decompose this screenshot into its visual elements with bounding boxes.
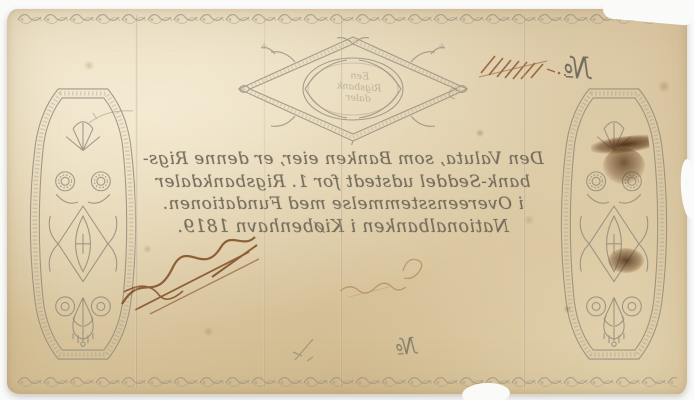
foxing-spot bbox=[475, 129, 485, 137]
signature-left bbox=[122, 237, 259, 314]
foxing-spot bbox=[143, 245, 152, 253]
pencil-arrow-mark bbox=[293, 339, 313, 361]
deckle-notch bbox=[679, 159, 694, 220]
fold-crease bbox=[340, 15, 343, 388]
top-border-scroll-ornament bbox=[17, 12, 677, 27]
right-cartouche-ornament bbox=[558, 85, 670, 363]
photo-backdrop: Een Rigsbank daler Den Valuta, som Banke… bbox=[0, 0, 694, 400]
main-obverse-text: Den Valuta, som Banken eier, er denne Ri… bbox=[127, 148, 559, 238]
fold-crease bbox=[135, 15, 138, 388]
text-line-4: Nationalbanken i Kiøbenhavn 1819. bbox=[127, 216, 559, 239]
signature-center bbox=[340, 259, 422, 297]
foxing-spot bbox=[203, 327, 214, 336]
banknote: Een Rigsbank daler Den Valuta, som Banke… bbox=[7, 9, 687, 394]
left-cartouche-ornament bbox=[27, 85, 139, 363]
text-line-1: Den Valuta, som Banken eier, er denne Ri… bbox=[127, 148, 559, 171]
text-line-2: bank-Seddel udstedt for 1. Rigsbankdaler bbox=[127, 171, 559, 194]
bottom-handwritten-mark: № bbox=[394, 333, 418, 360]
fold-crease bbox=[263, 15, 266, 388]
text-line-3: i Overeensstemmelse med Fundationen. bbox=[127, 193, 559, 216]
serial-number-mark: № bbox=[562, 50, 592, 86]
bottom-border-scroll-ornament bbox=[17, 375, 677, 390]
foxing-spot bbox=[83, 61, 95, 70]
fold-crease bbox=[523, 15, 526, 388]
